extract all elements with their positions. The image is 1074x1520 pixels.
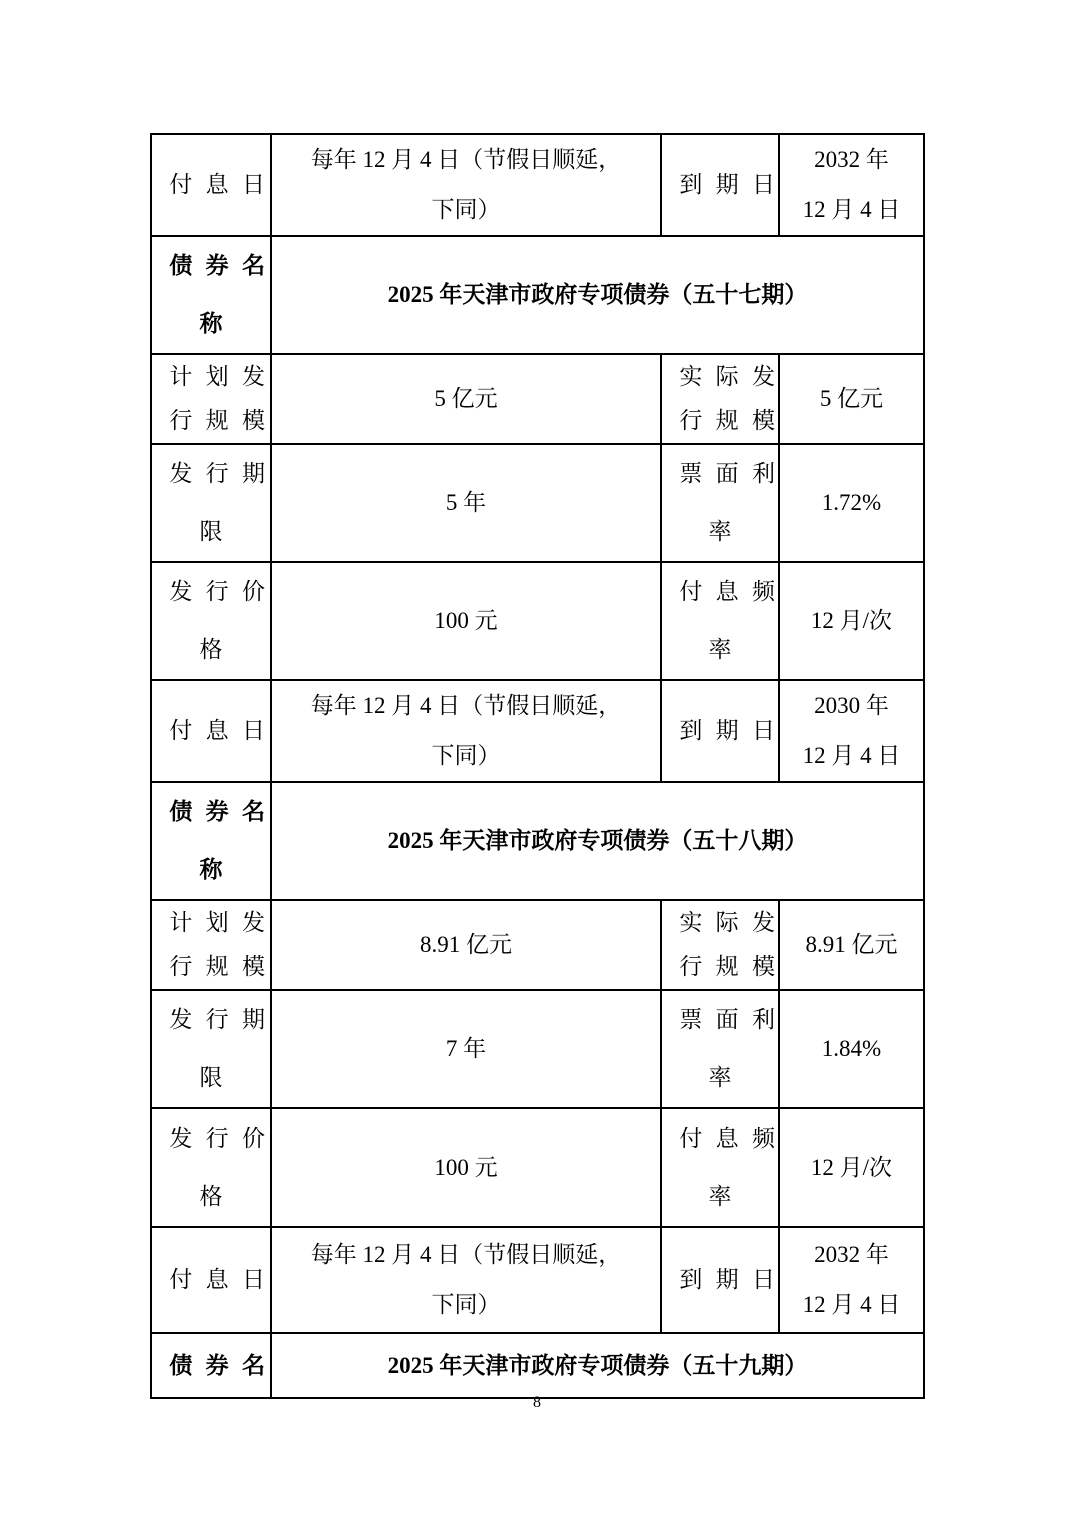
bond-name-text: 2025 年天津市政府专项债券（五十七期）	[276, 270, 919, 320]
value-line: 5 年	[276, 478, 656, 528]
bond-name-label-cell: 债券名 称	[151, 236, 271, 354]
label-line: 计划发	[156, 901, 266, 945]
label-line: 称	[156, 295, 266, 353]
bond-name-row: 债券名 称 2025 年天津市政府专项债券（五十七期）	[151, 236, 924, 354]
label-line: 票面利	[666, 445, 774, 503]
value-line: 下同）	[276, 1280, 656, 1330]
value-line: 每年 12 月 4 日（节假日顺延，	[276, 681, 656, 731]
field-value-cell: 1.72%	[779, 444, 924, 562]
label-line: 发行期	[156, 445, 266, 503]
field-label-cell: 付息日	[151, 680, 271, 782]
value-line: 12 月/次	[784, 1143, 919, 1193]
value-line: 下同）	[276, 731, 656, 781]
bond-name-label-cell: 债券名	[151, 1333, 271, 1398]
label-line: 率	[666, 503, 774, 561]
value-line: 12 月 4 日	[784, 731, 919, 781]
field-label-cell: 付息日	[151, 134, 271, 236]
label-line: 格	[156, 621, 266, 679]
field-value-cell: 5 亿元	[779, 354, 924, 444]
value-line: 1.72%	[784, 478, 919, 528]
value-line: 7 年	[276, 1024, 656, 1074]
label-line: 发行期	[156, 991, 266, 1049]
table-row: 计划发 行规模 8.91 亿元 实际发 行规模 8.91 亿元	[151, 900, 924, 990]
label-line: 率	[666, 1168, 774, 1226]
value-line: 8.91 亿元	[784, 920, 919, 970]
value-line: 下同）	[276, 185, 656, 235]
label-line: 债券名	[156, 1341, 266, 1391]
label-line: 发行价	[156, 563, 266, 621]
value-line: 2030 年	[784, 681, 919, 731]
label-line: 付息日	[156, 160, 266, 210]
bond-name-value-cell: 2025 年天津市政府专项债券（五十九期）	[271, 1333, 924, 1398]
field-label-cell: 发行价 格	[151, 562, 271, 680]
label-line: 行规模	[666, 945, 774, 989]
field-label-cell: 到期日	[661, 1227, 779, 1333]
value-line: 12 月 4 日	[784, 185, 919, 235]
bond-name-row: 债券名 称 2025 年天津市政府专项债券（五十八期）	[151, 782, 924, 900]
bond-name-row: 债券名 2025 年天津市政府专项债券（五十九期）	[151, 1333, 924, 1398]
field-label-cell: 付息日	[151, 1227, 271, 1333]
value-line: 每年 12 月 4 日（节假日顺延，	[276, 1230, 656, 1280]
value-line: 100 元	[276, 1143, 656, 1193]
field-value-cell: 100 元	[271, 1108, 661, 1227]
bond-name-value-cell: 2025 年天津市政府专项债券（五十七期）	[271, 236, 924, 354]
field-label-cell: 付息频 率	[661, 562, 779, 680]
field-label-cell: 发行期 限	[151, 444, 271, 562]
field-label-cell: 实际发 行规模	[661, 354, 779, 444]
value-line: 8.91 亿元	[276, 920, 656, 970]
value-line: 5 亿元	[784, 374, 919, 424]
field-value-cell: 8.91 亿元	[779, 900, 924, 990]
label-line: 实际发	[666, 355, 774, 399]
label-line: 付息日	[156, 1255, 266, 1305]
field-label-cell: 票面利 率	[661, 444, 779, 562]
label-line: 行规模	[156, 945, 266, 989]
field-label-cell: 票面利 率	[661, 990, 779, 1108]
label-line: 到期日	[666, 706, 774, 756]
table-row: 计划发 行规模 5 亿元 实际发 行规模 5 亿元	[151, 354, 924, 444]
label-line: 行规模	[666, 399, 774, 443]
field-value-cell: 12 月/次	[779, 562, 924, 680]
field-value-cell: 12 月/次	[779, 1108, 924, 1227]
bond-name-value-cell: 2025 年天津市政府专项债券（五十八期）	[271, 782, 924, 900]
field-value-cell: 7 年	[271, 990, 661, 1108]
value-line: 12 月 4 日	[784, 1280, 919, 1330]
table-row: 发行期 限 5 年 票面利 率 1.72%	[151, 444, 924, 562]
field-label-cell: 计划发 行规模	[151, 354, 271, 444]
field-label-cell: 付息频 率	[661, 1108, 779, 1227]
table-row: 发行期 限 7 年 票面利 率 1.84%	[151, 990, 924, 1108]
bond-name-text: 2025 年天津市政府专项债券（五十八期）	[276, 816, 919, 866]
label-line: 计划发	[156, 355, 266, 399]
label-line: 实际发	[666, 901, 774, 945]
value-line: 1.84%	[784, 1024, 919, 1074]
field-value-cell: 每年 12 月 4 日（节假日顺延， 下同）	[271, 680, 661, 782]
document-page: 付息日 每年 12 月 4 日（节假日顺延， 下同） 到期日 2032 年 12…	[0, 0, 1074, 1520]
label-line: 率	[666, 1049, 774, 1107]
field-value-cell: 1.84%	[779, 990, 924, 1108]
label-line: 称	[156, 841, 266, 899]
label-line: 付息频	[666, 1110, 774, 1168]
label-line: 到期日	[666, 1255, 774, 1305]
label-line: 格	[156, 1168, 266, 1226]
table-row: 发行价 格 100 元 付息频 率 12 月/次	[151, 1108, 924, 1227]
label-line: 票面利	[666, 991, 774, 1049]
bond-name-label-cell: 债券名 称	[151, 782, 271, 900]
value-line: 100 元	[276, 596, 656, 646]
field-value-cell: 2030 年 12 月 4 日	[779, 680, 924, 782]
label-line: 限	[156, 503, 266, 561]
field-label-cell: 到期日	[661, 680, 779, 782]
value-line: 2032 年	[784, 1230, 919, 1280]
value-line: 每年 12 月 4 日（节假日顺延，	[276, 135, 656, 185]
table-row: 付息日 每年 12 月 4 日（节假日顺延， 下同） 到期日 2030 年 12…	[151, 680, 924, 782]
field-label-cell: 计划发 行规模	[151, 900, 271, 990]
page-number: 8	[0, 1393, 1074, 1413]
label-line: 行规模	[156, 399, 266, 443]
label-line: 付息日	[156, 706, 266, 756]
field-value-cell: 每年 12 月 4 日（节假日顺延， 下同）	[271, 1227, 661, 1333]
field-label-cell: 实际发 行规模	[661, 900, 779, 990]
field-value-cell: 2032 年 12 月 4 日	[779, 1227, 924, 1333]
field-value-cell: 8.91 亿元	[271, 900, 661, 990]
label-line: 债券名	[156, 237, 266, 295]
field-label-cell: 发行价 格	[151, 1108, 271, 1227]
label-line: 到期日	[666, 160, 774, 210]
field-value-cell: 5 亿元	[271, 354, 661, 444]
field-value-cell: 5 年	[271, 444, 661, 562]
table-row: 付息日 每年 12 月 4 日（节假日顺延， 下同） 到期日 2032 年 12…	[151, 134, 924, 236]
label-line: 限	[156, 1049, 266, 1107]
table-row: 付息日 每年 12 月 4 日（节假日顺延， 下同） 到期日 2032 年 12…	[151, 1227, 924, 1333]
value-line: 12 月/次	[784, 596, 919, 646]
label-line: 债券名	[156, 783, 266, 841]
value-line: 5 亿元	[276, 374, 656, 424]
label-line: 率	[666, 621, 774, 679]
label-line: 付息频	[666, 563, 774, 621]
field-value-cell: 每年 12 月 4 日（节假日顺延， 下同）	[271, 134, 661, 236]
field-label-cell: 到期日	[661, 134, 779, 236]
field-value-cell: 2032 年 12 月 4 日	[779, 134, 924, 236]
bond-name-text: 2025 年天津市政府专项债券（五十九期）	[276, 1341, 919, 1391]
field-value-cell: 100 元	[271, 562, 661, 680]
value-line: 2032 年	[784, 135, 919, 185]
bond-table: 付息日 每年 12 月 4 日（节假日顺延， 下同） 到期日 2032 年 12…	[150, 133, 925, 1399]
table-row: 发行价 格 100 元 付息频 率 12 月/次	[151, 562, 924, 680]
field-label-cell: 发行期 限	[151, 990, 271, 1108]
label-line: 发行价	[156, 1110, 266, 1168]
